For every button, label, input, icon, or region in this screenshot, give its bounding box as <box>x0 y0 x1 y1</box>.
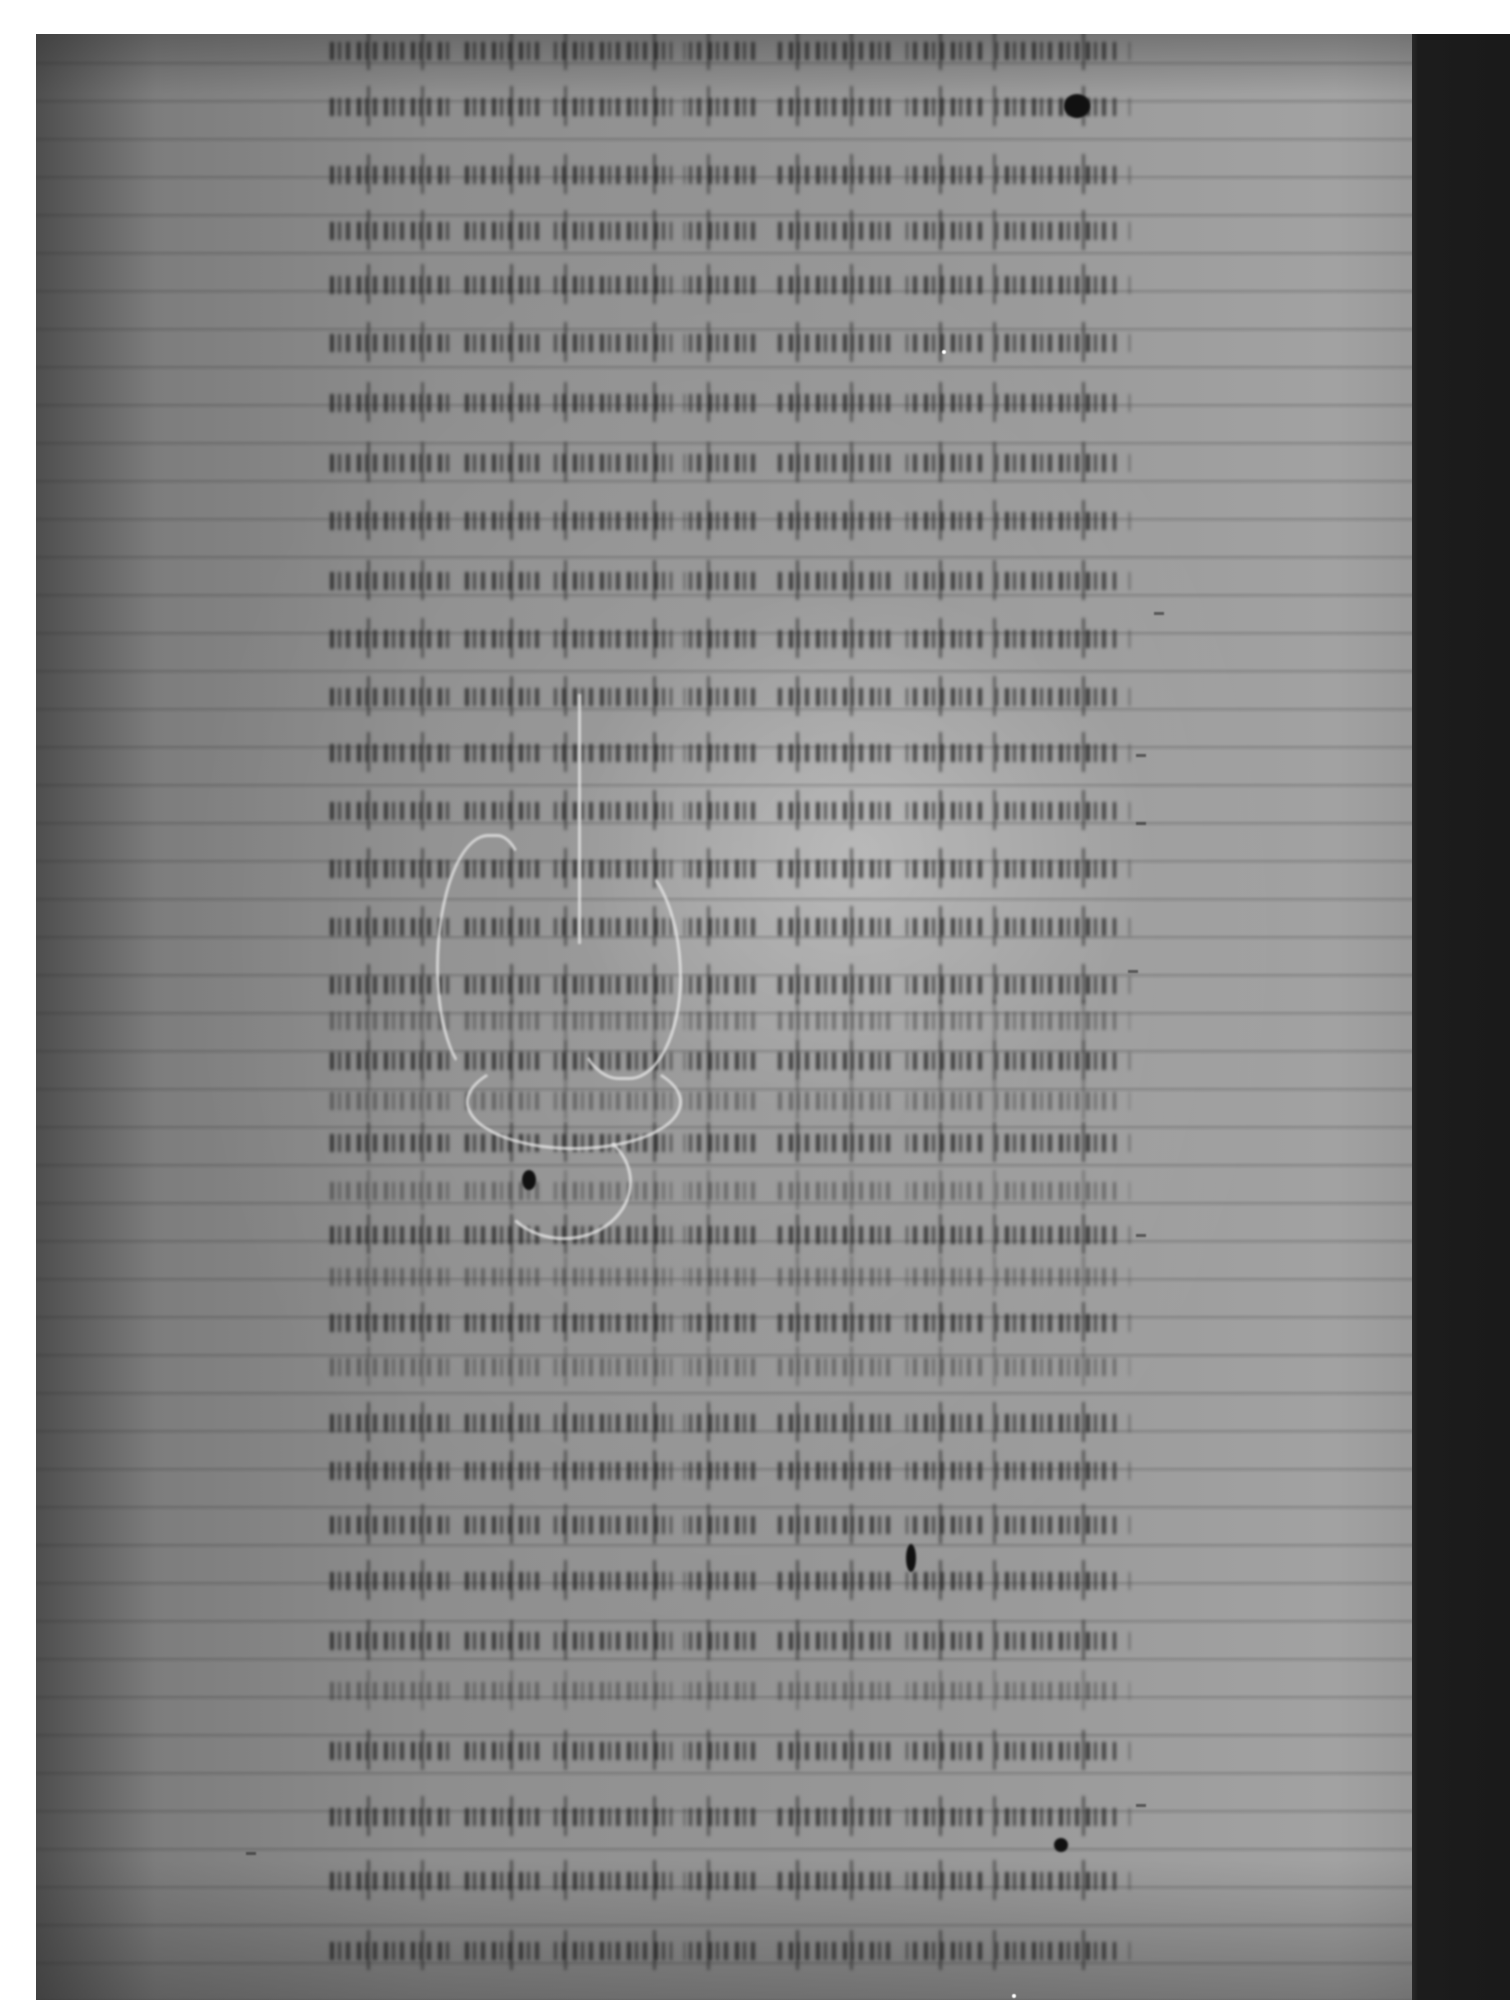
ink-blot <box>1054 1838 1068 1852</box>
text-line <box>330 1674 1130 1708</box>
margin-mark <box>246 1852 256 1855</box>
palimpsest-stroke <box>496 1124 632 1240</box>
margin-mark <box>1136 1234 1146 1237</box>
speck <box>1012 1994 1016 1998</box>
margin-mark <box>1128 970 1138 973</box>
text-line <box>330 1624 1130 1658</box>
margin-mark <box>1154 612 1164 615</box>
margin-mark <box>1136 822 1146 825</box>
text-line <box>330 1800 1130 1834</box>
text-line <box>330 1564 1130 1598</box>
margin-mark <box>1136 754 1146 757</box>
ink-blot <box>1064 94 1090 118</box>
palimpsest-stroke <box>578 694 581 944</box>
text-line <box>330 1934 1130 1968</box>
text-line <box>330 1864 1130 1898</box>
ink-blot <box>906 1544 916 1572</box>
speck <box>942 350 946 354</box>
scanner-edge-band <box>1412 34 1510 2000</box>
manuscript-scan: Grayscale scan of a parchment leaf showi… <box>36 34 1510 2000</box>
margin-mark <box>1136 1804 1146 1807</box>
text-line <box>330 1734 1130 1768</box>
